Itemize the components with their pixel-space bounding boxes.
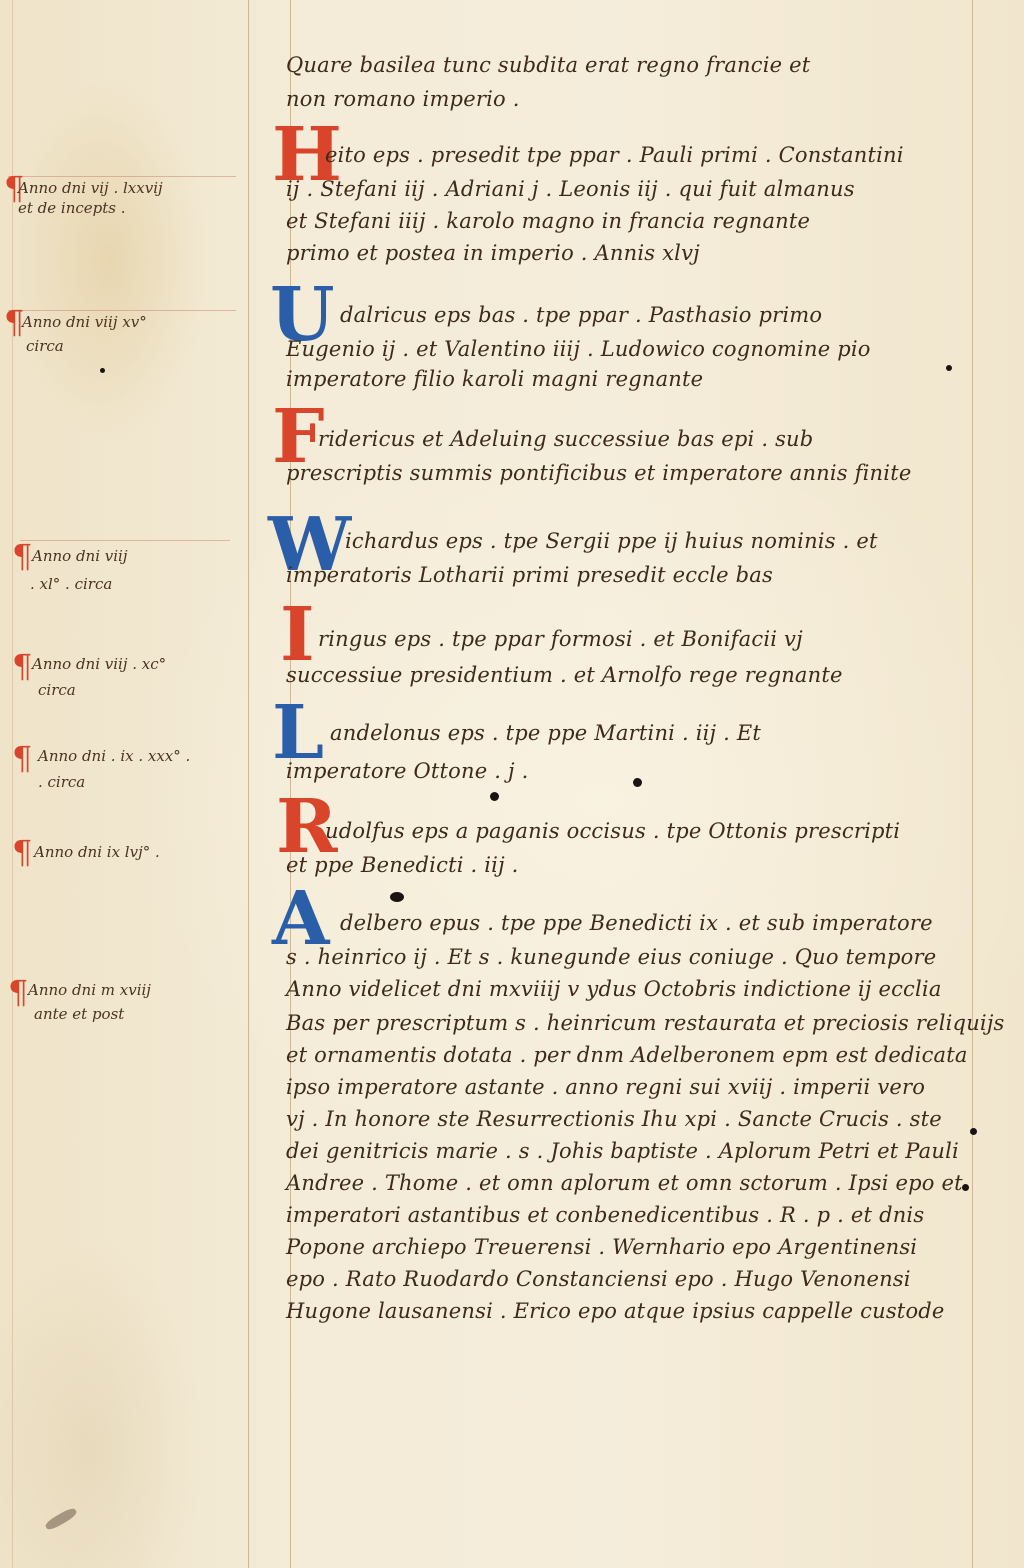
pilcrow-icon: ¶: [8, 976, 28, 1008]
margin-note-line: . xl° . circa: [30, 574, 112, 594]
entry-line: delbero epus . tpe ppe Benedicti ix . et…: [340, 910, 933, 936]
pilcrow-icon: ¶: [12, 742, 32, 774]
margin-note-line: Anno dni vij . lxxvij: [18, 178, 163, 198]
entry-line: et ppe Benedicti . iij .: [286, 852, 519, 878]
outer-margin-rule: [12, 0, 13, 1568]
margin-note-line: circa: [26, 336, 64, 356]
margin-note-line: Anno dni viij . xc°: [32, 654, 166, 674]
entry-line: Popone archiepo Treuerensi . Wernhario e…: [286, 1234, 917, 1260]
ink-blot: [490, 792, 499, 801]
margin-rule: [8, 310, 236, 311]
heading-line: non romano imperio .: [286, 86, 520, 112]
margin-note-line: . circa: [38, 772, 85, 792]
entry-line: successiue presidentium . et Arnolfo reg…: [286, 662, 843, 688]
margin-rule: [20, 540, 230, 541]
entry-line: Bas per prescriptum s . heinricum restau…: [286, 1010, 1005, 1036]
entry-line: dalricus eps bas . tpe ppar . Pasthasio …: [340, 302, 822, 328]
entry-line: ichardus eps . tpe Sergii ppe ij huius n…: [345, 528, 878, 554]
entry-line: Eugenio ij . et Valentino iiij . Ludowic…: [286, 336, 871, 362]
entry-line: imperatore Ottone . j .: [286, 758, 528, 784]
ink-blot: [946, 365, 952, 371]
margin-note-line: circa: [38, 680, 76, 700]
margin-note-line: et de incepts .: [18, 198, 126, 218]
margin-note-line: ante et post: [34, 1004, 124, 1024]
margin-note-line: Anno dni viij: [32, 546, 128, 566]
margin-note-line: Anno dni m xviij: [28, 980, 151, 1000]
margin-rule-left: [248, 0, 249, 1568]
entry-line: eito eps . presedit tpe ppar . Pauli pri…: [325, 142, 904, 168]
entry-line: udolfus eps a paganis occisus . tpe Otto…: [325, 818, 900, 844]
ink-blot: [100, 368, 105, 373]
ink-blot: [970, 1128, 977, 1135]
entry-line: imperatore filio karoli magni regnante: [286, 366, 703, 392]
margin-rule: [8, 176, 236, 177]
entry-line: et Stefani iiij . karolo magno in franci…: [286, 208, 810, 234]
entry-line: imperatoris Lotharii primi presedit eccl…: [286, 562, 773, 588]
entry-line: Andree . Thome . et omn aplorum et omn s…: [286, 1170, 963, 1196]
entry-line: prescriptis summis pontificibus et imper…: [286, 460, 911, 486]
entry-line: Anno videlicet dni mxviiij v ydus Octobr…: [286, 976, 942, 1002]
entry-line: dei genitricis marie . s . Johis baptist…: [286, 1138, 959, 1164]
ink-blot: [633, 778, 642, 787]
entry-line: andelonus eps . tpe ppe Martini . iij . …: [330, 720, 761, 746]
pilcrow-icon: ¶: [12, 650, 32, 682]
pilcrow-icon: ¶: [12, 540, 32, 572]
text-column-rule-right: [972, 0, 973, 1568]
pilcrow-icon: ¶: [12, 836, 32, 868]
entry-line: s . heinrico ij . Et s . kunegunde eius …: [286, 944, 936, 970]
entry-line: et ornamentis dotata . per dnm Adelberon…: [286, 1042, 968, 1068]
entry-line: epo . Rato Ruodardo Constanciensi epo . …: [286, 1266, 911, 1292]
initial-i: I: [280, 598, 315, 672]
entry-line: Hugone lausanensi . Erico epo atque ipsi…: [286, 1298, 945, 1324]
parchment-background: [0, 0, 1024, 1568]
entry-line: vj . In honore ste Resurrectionis Ihu xp…: [286, 1106, 942, 1132]
entry-line: ipso imperatore astante . anno regni sui…: [286, 1074, 925, 1100]
ink-blot: [962, 1184, 969, 1191]
entry-line: imperatori astantibus et conbenedicentib…: [286, 1202, 924, 1228]
margin-note-line: Anno dni ix lvj° .: [34, 842, 160, 862]
entry-line: ridericus et Adeluing successiue bas epi…: [318, 426, 813, 452]
margin-note-line: Anno dni viij xv°: [22, 312, 147, 332]
entry-line: ij . Stefani iij . Adriani j . Leonis ii…: [286, 176, 855, 202]
entry-line: primo et postea in imperio . Annis xlvj: [286, 240, 700, 266]
entry-line: ringus eps . tpe ppar formosi . et Bonif…: [318, 626, 803, 652]
heading-line: Quare basilea tunc subdita erat regno fr…: [286, 52, 810, 78]
ink-blot: [390, 892, 404, 902]
margin-note-line: Anno dni . ix . xxx° .: [38, 746, 190, 766]
